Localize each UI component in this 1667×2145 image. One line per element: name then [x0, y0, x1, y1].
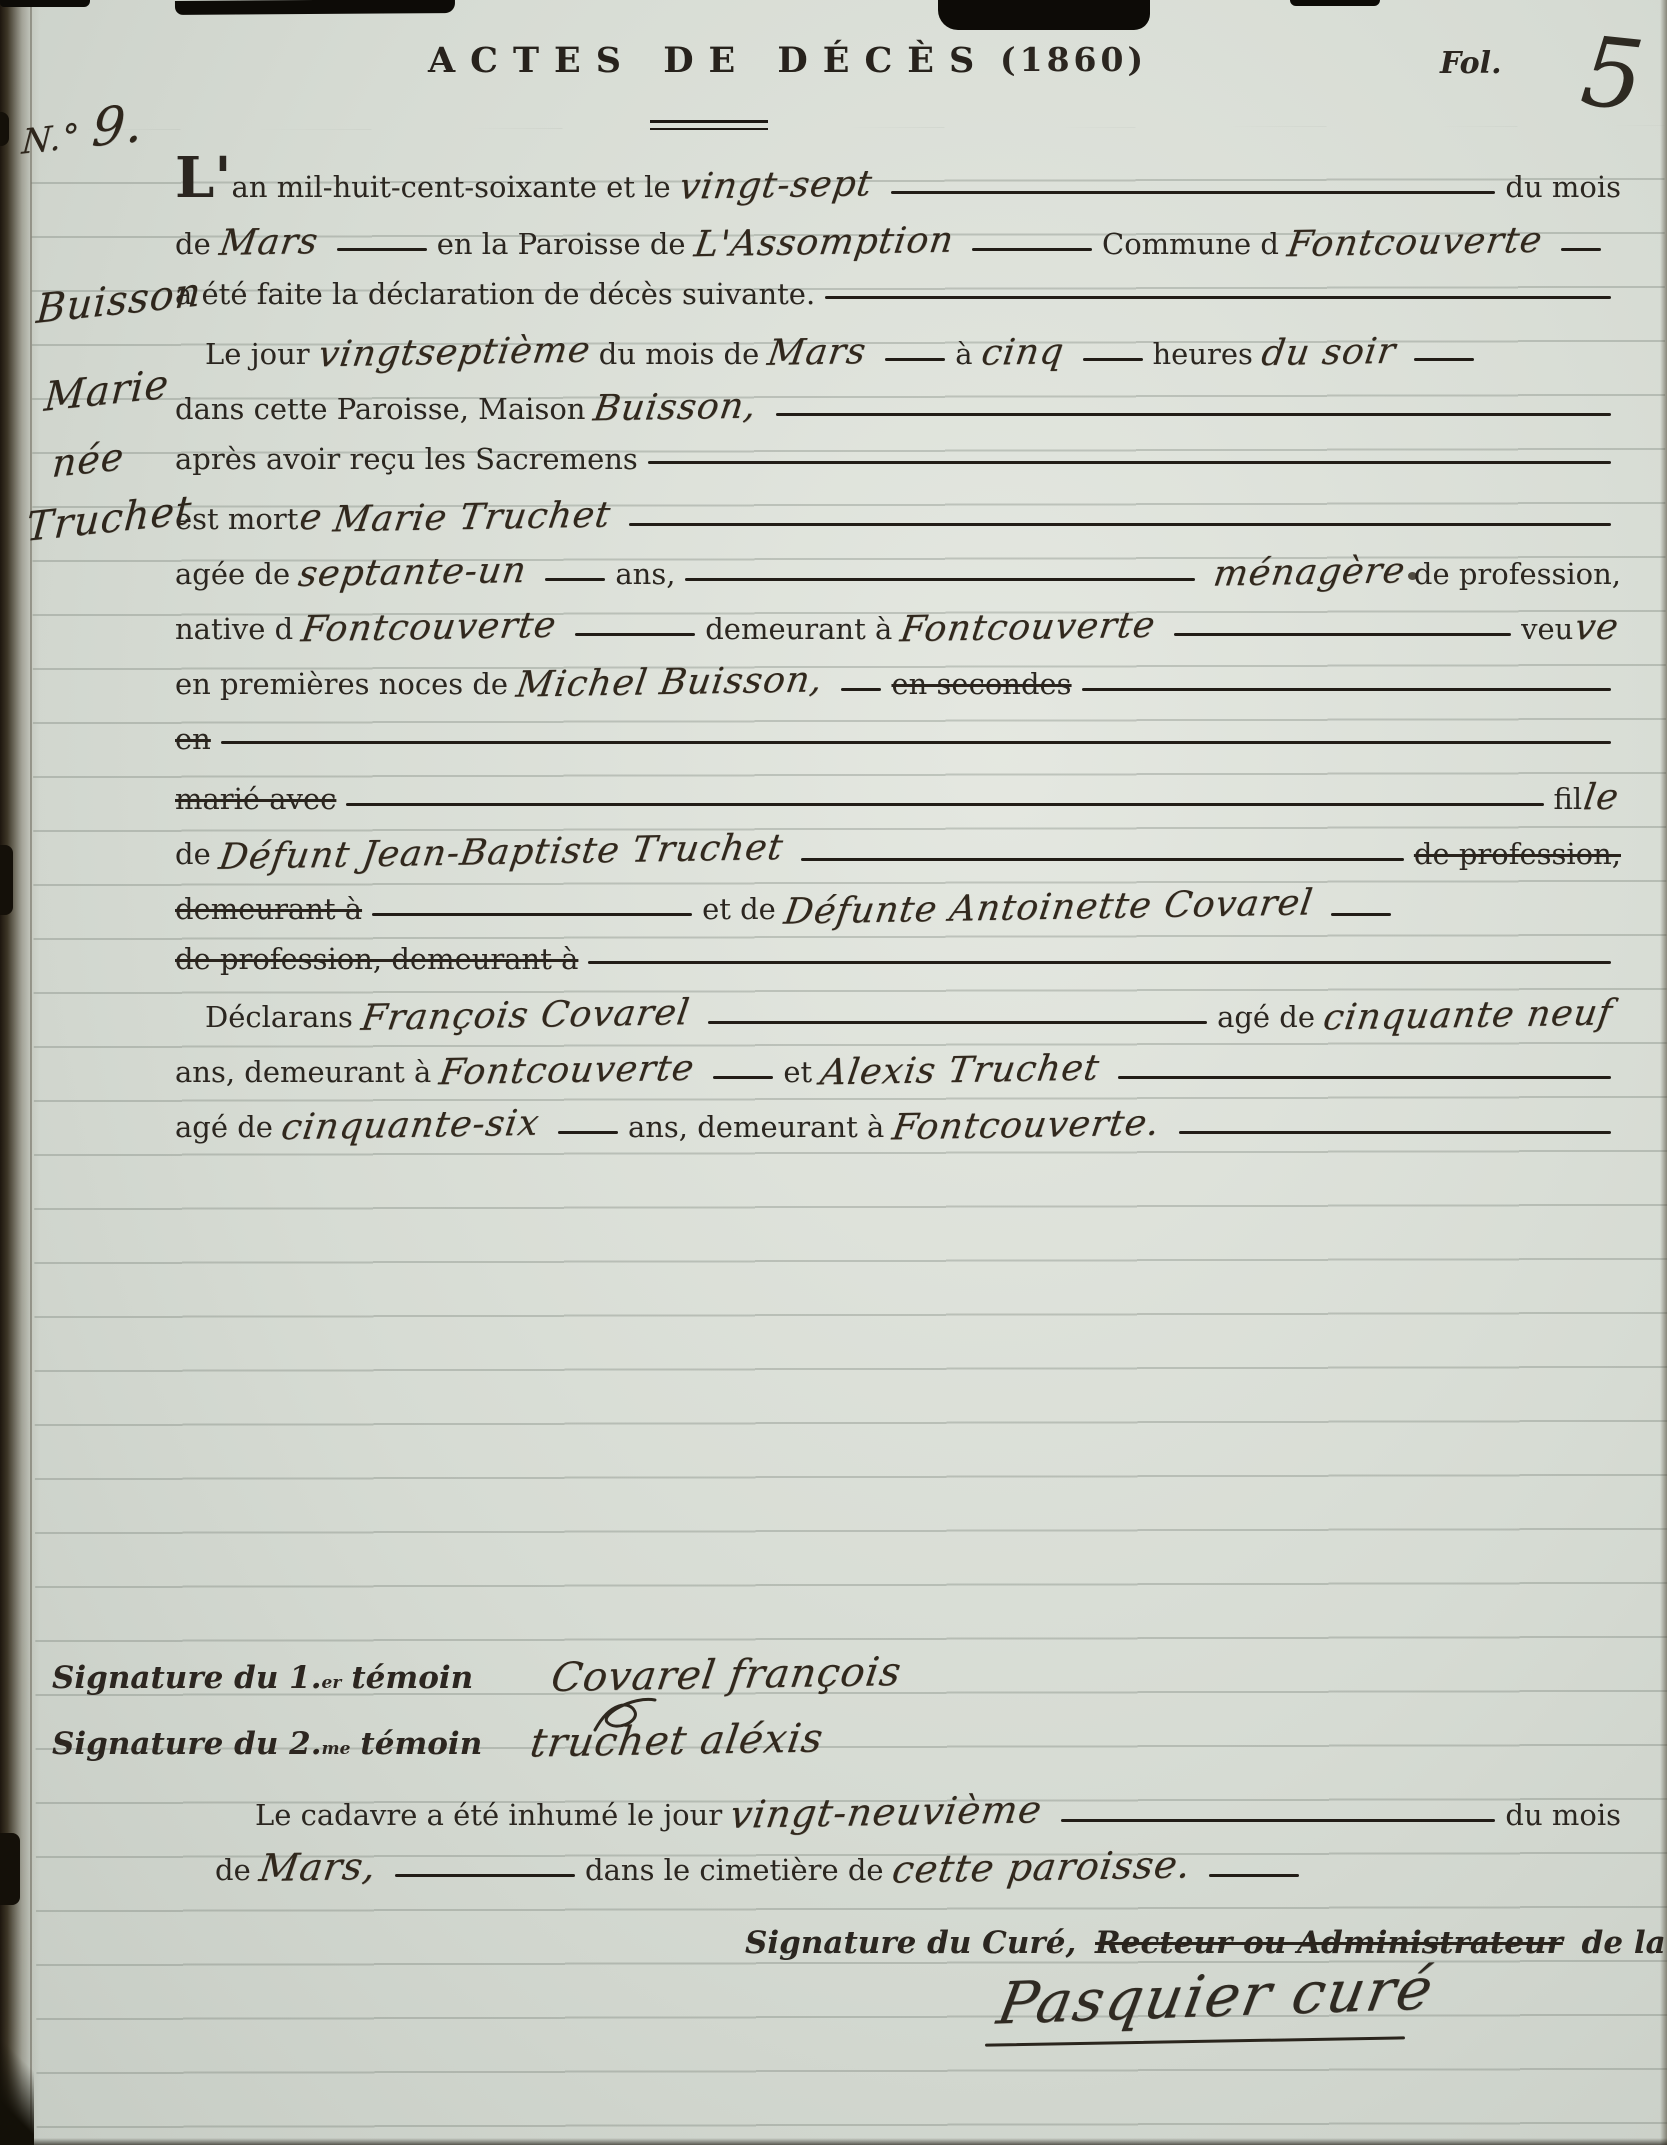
printed-segment: demeurant à	[705, 612, 892, 646]
printed-segment: Signature du Curé,	[745, 1925, 1076, 1961]
filler-line	[776, 413, 1611, 416]
form-line: a été faite la déclaration de décès suiv…	[175, 277, 1621, 311]
printed-segment: heures	[1153, 337, 1253, 371]
handwritten-segment: Fontcouverte	[290, 605, 568, 651]
handwritten-segment: cinq	[970, 331, 1076, 374]
printed-segment: après avoir reçu les Sacremens	[175, 442, 638, 476]
page-edge-right	[1660, 0, 1667, 2145]
struck-printed-segment: en	[175, 722, 211, 756]
filler-line	[221, 741, 1611, 744]
filler-line	[346, 803, 1543, 806]
cure-signature-swash	[985, 2036, 1405, 2046]
top-edge-tear	[1290, 0, 1380, 6]
act-number: N.° 9.	[20, 93, 145, 167]
filler-line	[801, 858, 1404, 861]
ordinal-superscript: me	[322, 1739, 351, 1759]
printed-segment: est mort	[175, 502, 298, 536]
folio-number-handwritten: 5	[1576, 15, 1648, 133]
form-line: L' an mil-huit-cent-soixante et le vingt…	[175, 165, 1621, 206]
form-line: en	[175, 722, 1621, 756]
filler-line	[1179, 1131, 1611, 1134]
death-register-page: ACTES DE DÉCÈS (1860) Fol. 5 N.° 9. Buis…	[0, 0, 1667, 2145]
handwritten-segment: vingt-neuvième	[719, 1787, 1055, 1837]
handwritten-segment: Alexis Truchet	[809, 1047, 1112, 1093]
printed-segment: ans, demeurant à	[175, 1055, 431, 1089]
printed-segment: Commune d	[1102, 227, 1279, 261]
printed-segment: dans le cimetière de	[585, 1853, 884, 1887]
handwritten-segment: vingtseptième	[306, 329, 602, 375]
filler-line	[825, 296, 1611, 299]
handwritten-segment: cinquante neuf	[1312, 992, 1625, 1038]
handwritten-segment: Fontcouverte	[1276, 220, 1554, 266]
handwritten-segment: L'Assomption	[682, 220, 965, 266]
printed-segment: agé de	[1217, 1000, 1315, 1034]
witness2-signature: truchet aléxis	[519, 1715, 836, 1766]
filler-dash	[337, 248, 427, 251]
handwritten-segment: Fontcouverte	[889, 605, 1167, 651]
filler-line	[1082, 688, 1611, 691]
filler-dash	[885, 358, 945, 361]
header-double-rule	[650, 120, 768, 130]
binding-crease	[30, 0, 32, 2145]
printed-segment: en premières noces de	[175, 667, 508, 701]
handwritten-segment: Mars	[208, 221, 330, 264]
ink-mark-left-edge	[0, 1833, 20, 1905]
printed-segment: Le jour	[205, 337, 310, 371]
handwritten-segment: cette paroisse.	[880, 1842, 1203, 1892]
printed-segment: an mil-huit-cent-soixante et le	[232, 170, 671, 204]
filler-line	[648, 461, 1611, 464]
margin-maiden-name: Truchet	[25, 487, 194, 551]
burial-line-1: Le cadavre a été inhumé le jour vingt-ne…	[255, 1790, 1621, 1834]
filler-dash	[1561, 248, 1601, 251]
form-line: dans cette Paroisse, Maison Buisson,	[175, 387, 1621, 428]
filler-dash	[1083, 358, 1143, 361]
filler-dash	[713, 1076, 773, 1079]
printed-segment: en la Paroisse de	[437, 227, 686, 261]
filler-dash	[1209, 1874, 1299, 1877]
printed-segment: de	[175, 227, 211, 261]
filler-dash	[558, 1131, 618, 1134]
form-line: demeurant à et de Défunte Antoinette Cov…	[175, 887, 1621, 928]
filler-line	[1174, 633, 1511, 636]
printed-segment: de profession,	[1414, 557, 1621, 591]
printed-segment: du mois	[1505, 1798, 1621, 1832]
printed-segment: a été faite la déclaration de décès suiv…	[175, 277, 815, 311]
printed-segment: du mois	[1505, 170, 1621, 204]
filler-dash	[1414, 358, 1474, 361]
book-binding-edge	[0, 0, 40, 2145]
printed-segment: fil	[1554, 782, 1583, 816]
filler-dash	[841, 688, 881, 691]
printed-segment: de la Paroisse	[1582, 1925, 1667, 1961]
printed-segment: témoin	[351, 1660, 473, 1696]
form-line: native d Fontcouverte demeurant à Fontco…	[175, 607, 1621, 648]
handwritten-segment: Mars	[756, 331, 878, 374]
witness2-signature-line: Signature du 2.me témoin truchet aléxis	[52, 1718, 832, 1764]
printed-segment: agé de	[175, 1110, 273, 1144]
handwritten-segment: Fontcouverte.	[881, 1103, 1172, 1149]
form-line: agée de septante-un ans, ménagère de pro…	[175, 552, 1621, 593]
handwritten-segment: Défunte Antoinette Covarel	[772, 882, 1324, 933]
ink-mark-left-edge	[0, 845, 13, 915]
top-edge-tear	[0, 0, 90, 7]
handwritten-segment: Mars,	[247, 1844, 388, 1890]
struck-printed-segment: de profession, demeurant à	[175, 942, 578, 976]
act-number-value: 9.	[90, 93, 146, 159]
struck-printed-segment: en secondes	[891, 667, 1071, 701]
filler-dash	[972, 248, 1092, 251]
struck-printed-segment: Recteur ou Administrateur	[1095, 1925, 1563, 1961]
handwritten-segment: le	[1579, 777, 1624, 819]
handwritten-segment: Buisson,	[582, 385, 769, 429]
act-number-label: N.°	[20, 116, 81, 163]
top-edge-tear	[938, 0, 1150, 30]
printed-segment: Signature du 1.	[52, 1660, 322, 1696]
ordinal-superscript: er	[322, 1673, 342, 1693]
cure-signature: Pasquier curé	[992, 1954, 1439, 2037]
form-line: de Mars en la Paroisse de L'Assomption C…	[175, 222, 1621, 263]
filler-line	[685, 578, 1194, 581]
handwritten-segment: du soir	[1250, 331, 1408, 375]
printed-segment: de	[215, 1853, 251, 1887]
form-line: de profession, demeurant à	[175, 942, 1621, 976]
filler-dash	[545, 578, 605, 581]
handwritten-segment: cinquante-six	[270, 1103, 551, 1149]
form-line: Déclarans François Covarel agé de cinqua…	[175, 995, 1621, 1036]
burial-line-2: de Mars, dans le cimetière de cette paro…	[215, 1845, 1621, 1889]
printed-segment: et de	[702, 892, 776, 926]
filler-dash	[1331, 913, 1391, 916]
handwritten-segment: François Covarel	[350, 992, 702, 1039]
year-label: (1860)	[1000, 40, 1147, 79]
form-line: après avoir reçu les Sacremens	[175, 442, 1621, 476]
page-title: ACTES DE DÉCÈS	[428, 40, 989, 81]
printed-segment: Le cadavre a été inhumé le jour	[255, 1798, 722, 1832]
form-line: ans, demeurant à Fontcouverte et Alexis …	[175, 1050, 1621, 1091]
printed-segment: Déclarans	[205, 1000, 353, 1034]
handwritten-segment: Marie Truchet	[321, 494, 622, 540]
filler-line	[629, 523, 1611, 526]
filler-line	[1061, 1819, 1496, 1822]
cure-signature-label: Signature du Curé, Recteur ou Administra…	[745, 1925, 1667, 1961]
printed-segment: veu	[1521, 612, 1573, 646]
struck-printed-segment: demeurant à	[175, 892, 362, 926]
handwritten-segment: Fontcouverte	[428, 1048, 706, 1094]
handwritten-segment: Défunt Jean-Baptiste Truchet	[207, 827, 795, 878]
top-edge-tear	[175, 0, 455, 15]
printed-segment: ans,	[615, 557, 675, 591]
filler-line	[891, 191, 1496, 194]
printed-segment: de	[175, 837, 211, 871]
printed-segment: du mois de	[599, 337, 760, 371]
struck-printed-segment: de profession,	[1414, 837, 1621, 871]
handwritten-segment: Michel Buisson,	[505, 659, 835, 706]
filler-line	[708, 1021, 1207, 1024]
filler-line	[1118, 1076, 1611, 1079]
printed-segment: témoin	[360, 1726, 482, 1762]
form-line: Le jour vingtseptième du mois de Mars à …	[175, 332, 1621, 373]
filler-dash	[372, 913, 692, 916]
printed-segment: agée de	[175, 557, 290, 591]
form-line: est mort e Marie Truchet	[175, 497, 1621, 538]
handwritten-segment: ménagère	[1202, 550, 1417, 595]
handwritten-segment: vingt-sept	[667, 163, 883, 208]
corner-shadow	[0, 2035, 34, 2145]
margin-firstname: Marie	[43, 361, 171, 421]
printed-segment: dans cette Paroisse, Maison	[175, 392, 585, 426]
form-line: de Défunt Jean-Baptiste Truchet de profe…	[175, 832, 1621, 873]
printed-segment: ans, demeurant à	[628, 1110, 884, 1144]
page-edge-bottom	[0, 2138, 1667, 2145]
filler-dash	[575, 633, 695, 636]
ink-mark-left-edge	[0, 112, 9, 146]
printed-segment: Signature du 2.	[52, 1726, 322, 1762]
struck-printed-segment: marié avec	[175, 782, 336, 816]
form-line: en premières noces de Michel Buisson, en…	[175, 662, 1621, 703]
witness1-signature-line: Signature du 1.er témoin Covarel françoi…	[52, 1652, 910, 1698]
margin-nee: née	[51, 434, 126, 486]
folio-label: Fol.	[1440, 46, 1502, 81]
form-line: agé de cinquante-six ans, demeurant à Fo…	[175, 1105, 1621, 1146]
handwritten-segment: ve	[1570, 607, 1624, 649]
printed-segment: native d	[175, 612, 293, 646]
printed-segment: et	[783, 1055, 812, 1089]
filler-line	[588, 961, 1611, 964]
handwritten-segment: septante-un	[287, 550, 539, 595]
form-line: marié avec fil le	[175, 777, 1621, 818]
filler-dash	[395, 1874, 575, 1877]
